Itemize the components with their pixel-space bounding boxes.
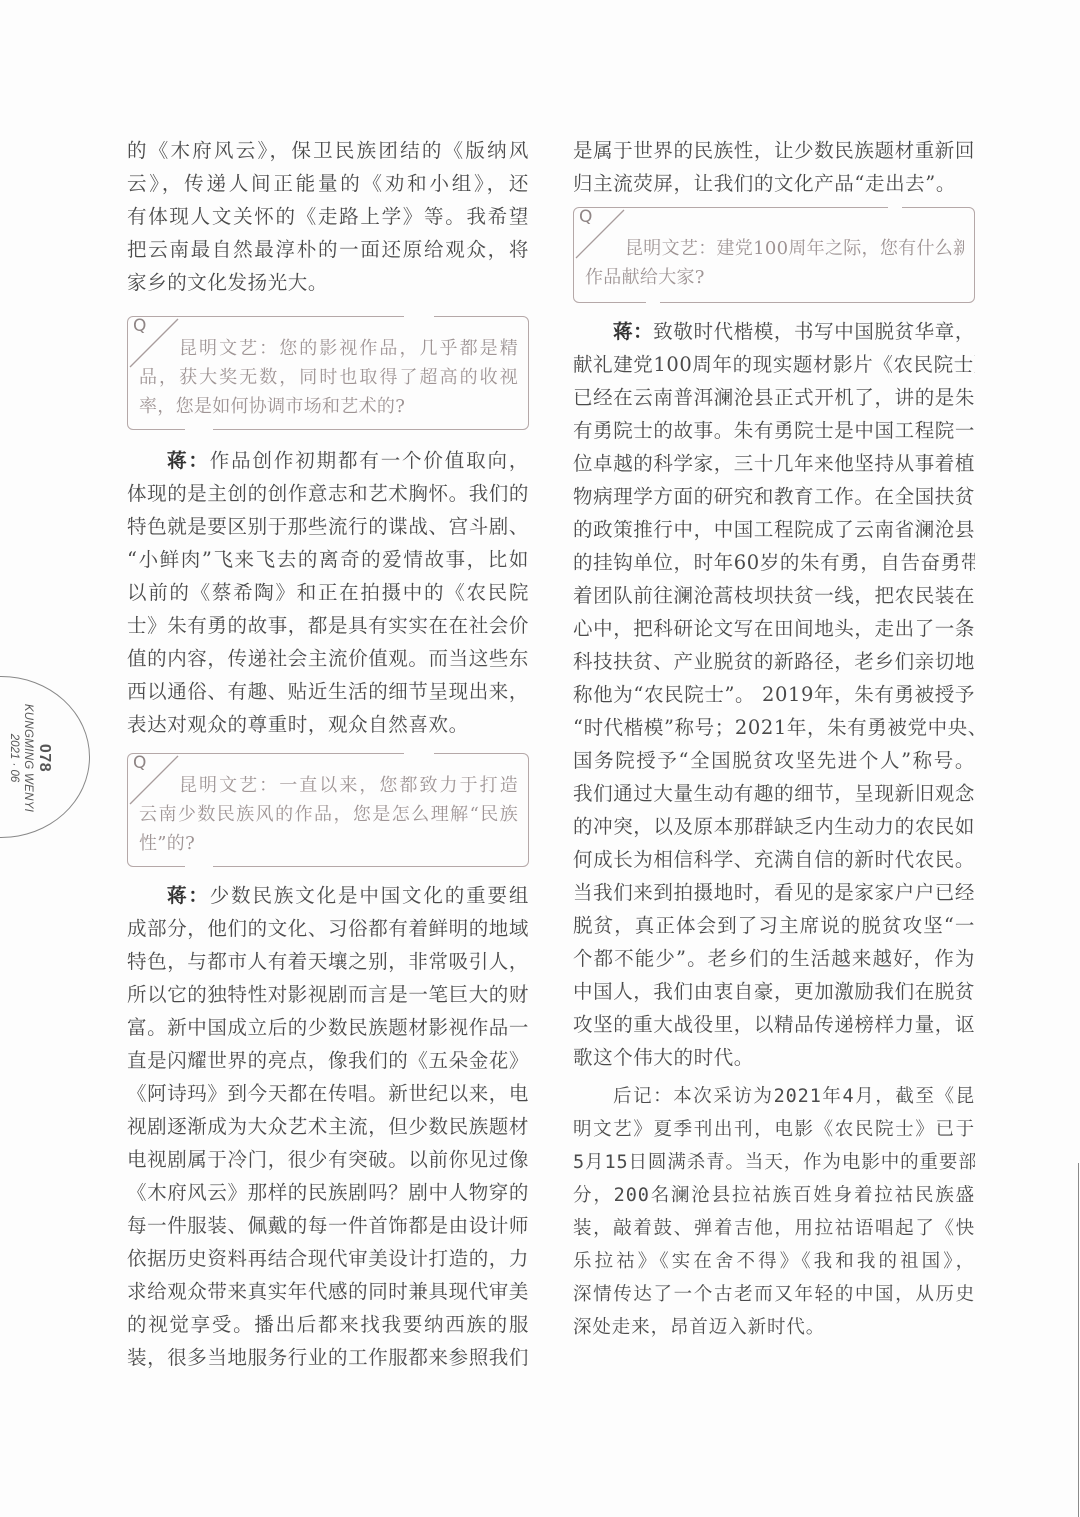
text-line: 我们通过大量生动有趣的细节，呈现新旧观念 — [573, 777, 975, 810]
text-line: 所以它的独特性对影视剧而言是一笔巨大的财 — [127, 978, 529, 1011]
text-line: 视剧逐渐成为大众艺术主流，但少数民族题材 — [127, 1110, 529, 1143]
q-icon: Q — [579, 207, 592, 227]
answer-first-line: 蒋：致敬时代楷模，书写中国脱贫华章， — [573, 315, 975, 348]
text-line: 装，敲着鼓、弹着吉他，用拉祜语唱起了《快 — [573, 1212, 975, 1245]
text-line: 装，很多当地服务行业的工作服都来参照我们 — [127, 1341, 529, 1374]
text-line: 有勇院士的故事。朱有勇院士是中国工程院一 — [573, 414, 975, 447]
text-line: 已经在云南普洱澜沧县正式开机了，讲的是朱 — [573, 381, 975, 414]
text-line: 科技扶贫、产业脱贫的新路径，老乡们亲切地 — [573, 645, 975, 678]
question-line: 云南少数民族风的作品，您是怎么理解“民族 — [139, 800, 518, 829]
speaker-label: 蒋： — [613, 320, 653, 343]
text-line: 称他为“农民院士”。 2019年，朱有勇被授予 — [573, 678, 975, 711]
afterword-paragraph: 后记：本次采访为2021年4月，截至《昆 明文艺》夏季刊出刊，电影《农民院士》已… — [573, 1080, 975, 1344]
text-line: 深处走来，昂首迈入新时代。 — [573, 1311, 975, 1344]
text-line: 依据历史资料再结合现代审美设计打造的，力 — [127, 1242, 529, 1275]
q-icon: Q — [133, 316, 146, 336]
question-box: Q 昆明文艺：您的影视作品，几乎都是精 品，获大奖无数，同时也取得了超高的收视 … — [127, 316, 529, 430]
text-line: 何成长为相信科学、充满自信的新时代农民。 — [573, 843, 975, 876]
intro-paragraph: 是属于世界的民族性，让少数民族题材重新回 归主流荧屏，让我们的文化产品“走出去”… — [573, 134, 975, 200]
text-line: 攻坚的重大战役里，以精品传递榜样力量，讴 — [573, 1008, 975, 1041]
text-line: 分，200名澜沧县拉祜族百姓身着拉祜民族盛 — [573, 1179, 975, 1212]
question-line: 性”的? — [139, 829, 518, 858]
text-line: 乐拉祜》《实在舍不得》《我和我的祖国》， — [573, 1245, 975, 1278]
answer-paragraph: 蒋：致敬时代楷模，书写中国脱贫华章， 献礼建党100周年的现实题材影片《农民院士… — [573, 315, 975, 1074]
text-line: 把云南最自然最淳朴的一面还原给观众，将 — [127, 233, 529, 266]
text-line: 西以通俗、有趣、贴近生活的细节呈现出来， — [127, 675, 529, 708]
left-column: 的《木府风云》，保卫民族团结的《版纳风 云》，传递人间正能量的《劝和小组》，还 … — [127, 134, 529, 1374]
text-line: 国务院授予“全国脱贫攻坚先进个人”称号。 — [573, 744, 975, 777]
text-line: 特色就是要区别于那些流行的谍战、宫斗剧、 — [127, 510, 529, 543]
text-line: “小鲜肉”飞来飞去的离奇的爱情故事，比如 — [127, 543, 529, 576]
text-line: 《木府风云》那样的民族剧吗？剧中人物穿的 — [127, 1176, 529, 1209]
question-line: 昆明文艺：建党100周年之际，您有什么新 — [585, 234, 964, 263]
text-line: 物病理学方面的研究和教育工作。在全国扶贫 — [573, 480, 975, 513]
text-line: 个都不能少”。老乡们的生活越来越好，作为 — [573, 942, 975, 975]
text-line: 当我们来到拍摄地时，看见的是家家户户已经 — [573, 876, 975, 909]
speaker-label: 蒋： — [167, 449, 210, 472]
text-line: 心中，把科研论文写在田间地头，走出了一条 — [573, 612, 975, 645]
text-line: 直是闪耀世界的亮点，像我们的《五朵金花》 — [127, 1044, 529, 1077]
question-line: 昆明文艺：您的影视作品，几乎都是精 — [139, 334, 518, 363]
answer-paragraph: 蒋：作品创作初期都有一个价值取向， 体现的是主创的创作意志和艺术胸怀。我们的 特… — [127, 444, 529, 741]
question-line: 率，您是如何协调市场和艺术的? — [139, 392, 518, 421]
text-line: 的政策推行中，中国工程院成了云南省澜沧县 — [573, 513, 975, 546]
text-line: 歌这个伟大的时代。 — [573, 1041, 975, 1074]
text-line: 《阿诗玛》到今天都在传唱。新世纪以来，电 — [127, 1077, 529, 1110]
magazine-name: KUNGMING WENYI — [21, 678, 35, 838]
answer-paragraph: 蒋：少数民族文化是中国文化的重要组 成部分，他们的文化、习俗都有着鲜明的地域 特… — [127, 879, 529, 1374]
answer-first-line: 蒋：少数民族文化是中国文化的重要组 — [127, 879, 529, 912]
issue-date: 2021 · 06 — [7, 678, 21, 838]
text-line: 每一件服装、佩戴的每一件首饰都是由设计师 — [127, 1209, 529, 1242]
text-line: 深情传达了一个古老而又年轻的中国，从历史 — [573, 1278, 975, 1311]
text-line: 献礼建党100周年的现实题材影片《农民院士》 — [573, 348, 975, 381]
page-edge-line — [1078, 1163, 1080, 1517]
question-line: 作品献给大家? — [585, 263, 964, 292]
q-icon: Q — [133, 753, 146, 773]
text-line: 电视剧属于冷门，很少有突破。以前你见过像 — [127, 1143, 529, 1176]
answer-first-line: 蒋：作品创作初期都有一个价值取向， — [127, 444, 529, 477]
text-line: 的冲突，以及原本那群缺乏内生动力的农民如 — [573, 810, 975, 843]
text-line: 的《木府风云》，保卫民族团结的《版纳风 — [127, 134, 529, 167]
text-line: 体现的是主创的创作意志和艺术胸怀。我们的 — [127, 477, 529, 510]
question-line: 品，获大奖无数，同时也取得了超高的收视 — [139, 363, 518, 392]
question-line: 昆明文艺：一直以来，您都致力于打造 — [139, 771, 518, 800]
text-line: 士》朱有勇的故事，都是具有实实在在社会价 — [127, 609, 529, 642]
question-box: Q 昆明文艺：一直以来，您都致力于打造 云南少数民族风的作品，您是怎么理解“民族… — [127, 753, 529, 867]
text-line: 的挂钩单位，时年60岁的朱有勇，自告奋勇带 — [573, 546, 975, 579]
text-line: 脱贫，真正体会到了习主席说的脱贫攻坚“一 — [573, 909, 975, 942]
text-line: 富。新中国成立后的少数民族题材影视作品一 — [127, 1011, 529, 1044]
text-line: 特色，与都市人有着天壤之别，非常吸引人， — [127, 945, 529, 978]
text-line: 云》，传递人间正能量的《劝和小组》，还 — [127, 167, 529, 200]
page-info: 078 KUNGMING WENYI 2021 · 06 — [7, 678, 53, 838]
text-line: 位卓越的科学家，三十几年来他坚持从事着植 — [573, 447, 975, 480]
afterword-first-line: 后记：本次采访为2021年4月，截至《昆 — [573, 1080, 975, 1113]
text-line: 中国人，我们由衷自豪，更加激励我们在脱贫 — [573, 975, 975, 1008]
page-number: 078 — [35, 678, 53, 838]
text-line: 明文艺》夏季刊出刊，电影《农民院士》已于 — [573, 1113, 975, 1146]
text-line: 家乡的文化发扬光大。 — [127, 266, 529, 299]
text-line: 成部分，他们的文化、习俗都有着鲜明的地域 — [127, 912, 529, 945]
text-line: 5月15日圆满杀青。当天，作为电影中的重要部 — [573, 1146, 975, 1179]
text-line: 归主流荧屏，让我们的文化产品“走出去”。 — [573, 167, 975, 200]
text-line: 以前的《蔡希陶》和正在拍摄中的《农民院 — [127, 576, 529, 609]
intro-paragraph: 的《木府风云》，保卫民族团结的《版纳风 云》，传递人间正能量的《劝和小组》，还 … — [127, 134, 529, 299]
text-line: “时代楷模”称号；2021年，朱有勇被党中央、 — [573, 711, 975, 744]
speaker-label: 蒋： — [167, 884, 210, 907]
text-line: 求给观众带来真实年代感的同时兼具现代审美 — [127, 1275, 529, 1308]
text-line: 有体现人文关怀的《走路上学》等。我希望 — [127, 200, 529, 233]
question-box: Q 昆明文艺：建党100周年之际，您有什么新 作品献给大家? — [573, 207, 975, 303]
text-line: 是属于世界的民族性，让少数民族题材重新回 — [573, 134, 975, 167]
right-column: 是属于世界的民族性，让少数民族题材重新回 归主流荧屏，让我们的文化产品“走出去”… — [573, 134, 975, 1344]
text-line: 的视觉享受。播出后都来找我要纳西族的服 — [127, 1308, 529, 1341]
text-line: 表达对观众的尊重时，观众自然喜欢。 — [127, 708, 529, 741]
text-line: 值的内容，传递社会主流价值观。而当这些东 — [127, 642, 529, 675]
text-line: 着团队前往澜沧蒿枝坝扶贫一线，把农民装在 — [573, 579, 975, 612]
